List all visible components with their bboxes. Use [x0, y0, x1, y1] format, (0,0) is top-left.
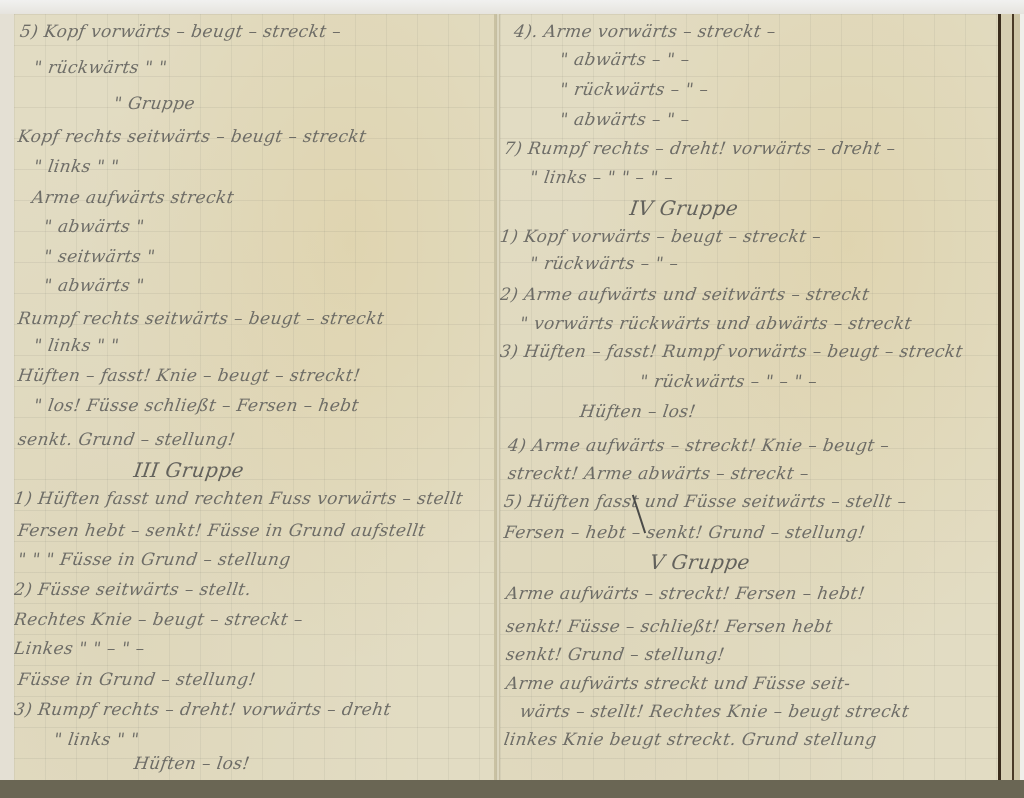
handwritten-line: Fersen – hebt – senkt! Grund – stellung!: [503, 523, 867, 543]
handwritten-line: 4). Arme vorwärts – streckt –: [513, 22, 778, 42]
handwritten-line: " " " Füsse in Grund – stellung: [17, 550, 292, 570]
handwritten-line: " vorwärts rückwärts und abwärts – strec…: [519, 314, 914, 334]
handwritten-line: " links " ": [33, 157, 121, 177]
handwritten-line: 7) Rumpf rechts – dreht! vorwärts – dreh…: [503, 139, 897, 159]
handwritten-line: 5) Hüften fasst und Füsse seitwärts – st…: [503, 492, 908, 512]
handwritten-line: " abwärts – " –: [559, 110, 691, 130]
handwritten-line: " links " ": [33, 336, 121, 356]
handwritten-line: Rumpf rechts seitwärts – beugt – streckt: [17, 309, 386, 329]
handwritten-line: Hüften – los!: [133, 754, 251, 774]
right-notebook-page: 4). Arme vorwärts – streckt –" abwärts –…: [500, 14, 998, 780]
handwritten-line: Fersen hebt – senkt! Füsse in Grund aufs…: [17, 521, 427, 541]
handwritten-line: senkt. Grund – stellung!: [17, 430, 237, 450]
handwritten-line: " rückwärts – " – " –: [639, 372, 819, 392]
handwritten-line: linkes Knie beugt streckt. Grund stellun…: [503, 730, 878, 750]
handwritten-line: " rückwärts – " –: [559, 80, 710, 100]
handwritten-line: 3) Hüften – fasst! Rumpf vorwärts – beug…: [500, 342, 964, 362]
handwritten-line: " Gruppe: [113, 94, 197, 114]
handwritten-line: Arme aufwärts streckt: [31, 188, 236, 208]
left-notebook-page: 5) Kopf vorwärts – beugt – streckt –" rü…: [14, 14, 496, 780]
scan-bottom-shadow: [0, 780, 1024, 798]
handwritten-line: wärts – stellt! Rechtes Knie – beugt str…: [519, 702, 911, 722]
handwritten-line: Arme aufwärts streckt und Füsse seit-: [505, 674, 852, 694]
handwritten-line: " rückwärts – " –: [529, 254, 680, 274]
handwritten-line: 5) Kopf vorwärts – beugt – streckt –: [19, 22, 343, 42]
section-heading: III Gruppe: [132, 458, 245, 482]
handwritten-line: " seitwärts ": [43, 247, 157, 267]
handwritten-line: 1) Hüften fasst und rechten Fuss vorwärt…: [14, 489, 464, 509]
handwritten-line: Hüften – fasst! Knie – beugt – streckt!: [17, 366, 362, 386]
handwritten-line: Linkes " " – " –: [14, 639, 146, 659]
handwritten-line: senkt! Grund – stellung!: [505, 645, 726, 665]
handwritten-line: Arme aufwärts – streckt! Fersen – hebt!: [505, 584, 867, 604]
notebook-cover-edge: [998, 14, 1024, 780]
handwritten-line: " links – " " – " –: [529, 168, 675, 188]
scan-left-margin: [0, 14, 14, 780]
handwritten-line: Hüften – los!: [579, 402, 697, 422]
handwritten-line: " links " ": [53, 730, 141, 750]
handwritten-line: Füsse in Grund – stellung!: [17, 670, 258, 690]
handwritten-line: " abwärts ": [43, 276, 146, 296]
handwritten-line: streckt! Arme abwärts – streckt –: [507, 464, 811, 484]
section-heading: V Gruppe: [648, 550, 751, 574]
handwritten-line: " abwärts – " –: [559, 50, 691, 70]
scan-top-edge: [0, 0, 1024, 14]
handwritten-line: Kopf rechts seitwärts – beugt – streckt: [17, 127, 368, 147]
handwritten-line: " los! Füsse schließt – Fersen – hebt: [33, 396, 361, 416]
handwritten-line: " rückwärts " ": [33, 58, 169, 78]
handwritten-line: 2) Arme aufwärts und seitwärts – streckt: [500, 285, 871, 305]
handwritten-line: 4) Arme aufwärts – streckt! Knie – beugt…: [507, 436, 891, 456]
handwritten-line: Rechtes Knie – beugt – streckt –: [14, 610, 304, 630]
handwritten-line: 3) Rumpf rechts – dreht! vorwärts – dreh…: [14, 700, 392, 720]
section-heading: IV Gruppe: [628, 196, 740, 220]
handwritten-line: 1) Kopf vorwärts – beugt – streckt –: [500, 227, 823, 247]
handwritten-line: 2) Füsse seitwärts – stellt.: [14, 580, 253, 600]
handwritten-line: " abwärts ": [43, 217, 146, 237]
handwritten-line: senkt! Füsse – schließt! Fersen hebt: [505, 617, 834, 637]
